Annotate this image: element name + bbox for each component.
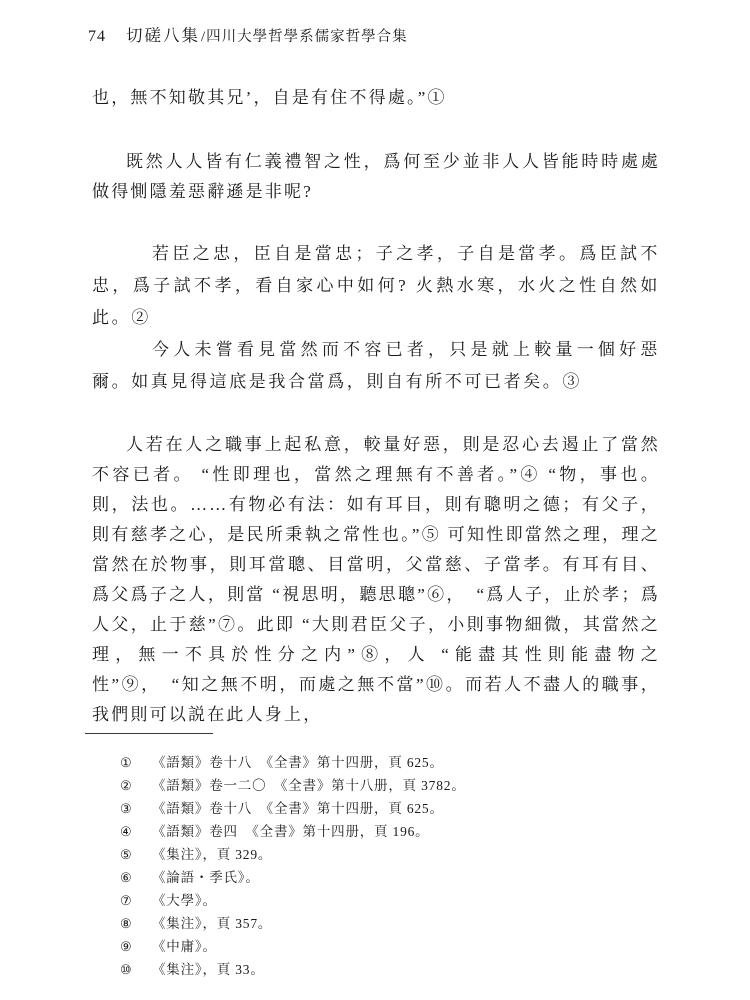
quote-paragraph: 今人未嘗看見當然而不容已者，只是就上較量一個好惡爾。如真見得這底是我合當爲，則自…	[92, 334, 660, 398]
footnote-item: ⑨ 《中庸》。	[120, 935, 640, 958]
footnote-item: ③ 《語類》卷十八 《全書》第十四册，頁 625。	[120, 797, 640, 820]
footnote-item: ⑧ 《集注》，頁 357。	[120, 912, 640, 935]
paragraph-discussion: 人若在人之職事上起私意，較量好惡，則是忍心去遏止了當然不容已者。 “性即理也，當…	[92, 430, 660, 730]
footnote-text: 《論語・季氏》。	[152, 866, 260, 889]
paragraph-text: 人若在人之職事上起私意，較量好惡，則是忍心去遏止了當然不容已者。 “性即理也，當…	[92, 430, 660, 730]
footnote-text: 《語類》卷四 《全書》第十四册，頁 196。	[152, 820, 429, 843]
footnote-marker: ⑤	[120, 843, 140, 866]
footnote-marker: ⑦	[120, 889, 140, 912]
footnote-item: ⑥ 《論語・季氏》。	[120, 866, 640, 889]
footnote-marker: ⑥	[120, 866, 140, 889]
paragraph-continuation: 也，無不知敬其兄’，自是有住不得處。”①	[92, 83, 660, 113]
book-title: 切磋八集	[126, 22, 200, 46]
footnotes: ① 《語類》卷十八 《全書》第十四册，頁 625。 ② 《語類》卷一二〇 《全書…	[120, 751, 640, 981]
paragraph-question: 既然人人皆有仁義禮智之性，爲何至少並非人人皆能時時處處做得惻隱羞惡辭遜是非呢?	[92, 147, 660, 207]
footnote-text: 《語類》卷一二〇 《全書》第十八册，頁 3782。	[152, 774, 466, 797]
footnote-marker: ⑧	[120, 912, 140, 935]
footnote-separator	[85, 733, 213, 734]
footnote-marker: ⑩	[120, 958, 140, 981]
footnote-marker: ⑨	[120, 935, 140, 958]
footnote-marker: ③	[120, 797, 140, 820]
footnote-text: 《中庸》。	[152, 935, 217, 958]
paragraph-text: 也，無不知敬其兄’，自是有住不得處。”①	[92, 83, 660, 113]
footnote-text: 《語類》卷十八 《全書》第十四册，頁 625。	[152, 797, 444, 820]
footnote-marker: ④	[120, 820, 140, 843]
footnote-item: ⑤ 《集注》，頁 329。	[120, 843, 640, 866]
paragraph-text: 既然人人皆有仁義禮智之性，爲何至少並非人人皆能時時處處做得惻隱羞惡辭遜是非呢?	[92, 147, 660, 207]
running-header: 74 切磋八集 / 四川大學哲學系儒家哲學合集	[88, 22, 408, 46]
footnote-item: ④ 《語類》卷四 《全書》第十四册，頁 196。	[120, 820, 640, 843]
title-separator: /	[201, 29, 205, 46]
footnote-text: 《大學》。	[152, 889, 217, 912]
footnote-item: ② 《語類》卷一二〇 《全書》第十八册，頁 3782。	[120, 774, 640, 797]
footnote-item: ⑦ 《大學》。	[120, 889, 640, 912]
page-number: 74	[88, 28, 106, 46]
footnote-text: 《集注》，頁 357。	[152, 912, 272, 935]
book-page: 74 切磋八集 / 四川大學哲學系儒家哲學合集 也，無不知敬其兄’，自是有住不得…	[0, 0, 750, 1000]
chapter-subtitle: 四川大學哲學系儒家哲學合集	[206, 25, 408, 46]
footnote-marker: ①	[120, 751, 140, 774]
quote-paragraph: 若臣之忠，臣自是當忠；子之孝，子自是當孝。爲臣試不忠，爲子試不孝，看自家心中如何…	[92, 238, 660, 334]
footnote-marker: ②	[120, 774, 140, 797]
footnote-item: ① 《語類》卷十八 《全書》第十四册，頁 625。	[120, 751, 640, 774]
footnote-text: 《集注》，頁 33。	[152, 958, 265, 981]
footnote-text: 《語類》卷十八 《全書》第十四册，頁 625。	[152, 751, 444, 774]
block-quote: 若臣之忠，臣自是當忠；子之孝，子自是當孝。爲臣試不忠，爲子試不孝，看自家心中如何…	[92, 238, 660, 398]
footnote-item: ⑩ 《集注》，頁 33。	[120, 958, 640, 981]
footnote-text: 《集注》，頁 329。	[152, 843, 272, 866]
